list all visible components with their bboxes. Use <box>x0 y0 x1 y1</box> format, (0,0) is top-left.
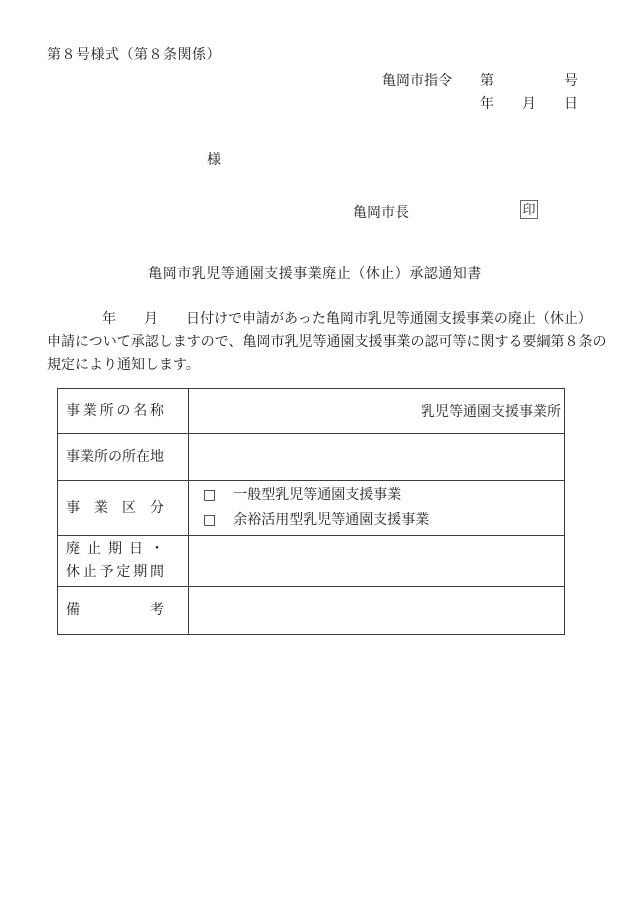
row-label-business-name: 事 業 所 の 名 称 <box>58 389 189 434</box>
table-row-business-address: 事業所の所在地 <box>58 434 565 481</box>
sender-line: 亀岡市長 印 <box>0 200 630 226</box>
checkbox-option-surplus: □余裕活用型乳児等通園支援事業 <box>203 508 560 533</box>
table-row-business-name: 事 業 所 の 名 称 乳児等通園支援事業所 <box>58 389 565 434</box>
sender-title: 亀岡市長 <box>353 202 409 222</box>
checkbox-icon[interactable]: □ <box>203 483 216 507</box>
checkbox-option-label: 余裕活用型乳児等通園支援事業 <box>233 513 429 528</box>
body-line: 申請について承認しますので、亀岡市乳児等通園支援事業の認可等に関する要綱第８条の <box>47 331 583 354</box>
directive-number-line: 亀岡市指令 第 号 <box>382 70 578 90</box>
addressee-honorific: 様 <box>207 149 221 169</box>
issuance-date-line: 年 月 日 <box>480 93 578 113</box>
row-label-closure-date: 廃 止 期 日 ・ 休 止 予 定 期 間 <box>58 536 189 587</box>
table-row-business-category: 事 業 区 分 □一般型乳児等通園支援事業 □余裕活用型乳児等通園支援事業 <box>58 481 565 536</box>
row-label-text: 事業所の所在地 <box>66 446 164 469</box>
business-category-options: □一般型乳児等通園支援事業 □余裕活用型乳児等通園支援事業 <box>189 481 565 536</box>
business-name-field[interactable]: 乳児等通園支援事業所 <box>189 389 565 434</box>
seal-placeholder-icon: 印 <box>520 200 538 219</box>
table-row-closure-date: 廃 止 期 日 ・ 休 止 予 定 期 間 <box>58 536 565 587</box>
business-address-field[interactable] <box>189 434 565 481</box>
body-line: 年 月 日付けで申請があった亀岡市乳児等通園支援事業の廃止（休止） <box>47 308 583 331</box>
checkbox-option-label: 一般型乳児等通園支援事業 <box>233 488 401 503</box>
row-label-business-address: 事業所の所在地 <box>58 434 189 481</box>
form-number: 第８号様式（第８条関係） <box>47 44 221 64</box>
closure-date-field[interactable] <box>189 536 565 587</box>
checkbox-icon[interactable]: □ <box>203 508 216 532</box>
body-line: 規定により通知します。 <box>47 354 583 377</box>
notice-form-table: 事 業 所 の 名 称 乳児等通園支援事業所 事業所の所在地 事 業 区 分 □… <box>57 388 565 635</box>
row-label-text: 事 業 区 分 <box>66 497 164 520</box>
row-label-remarks: 備 考 <box>58 587 189 635</box>
document-page: 第８号様式（第８条関係） 亀岡市指令 第 号 年 月 日 様 亀岡市長 印 亀岡… <box>0 0 630 903</box>
body-paragraph: 年 月 日付けで申請があった亀岡市乳児等通園支援事業の廃止（休止） 申請について… <box>47 308 583 377</box>
row-label-text: 備 考 <box>66 599 164 622</box>
table-row-remarks: 備 考 <box>58 587 565 635</box>
row-label-business-category: 事 業 区 分 <box>58 481 189 536</box>
checkbox-option-general: □一般型乳児等通園支援事業 <box>203 483 560 508</box>
row-label-text: 事 業 所 の 名 称 <box>66 400 164 423</box>
document-title: 亀岡市乳児等通園支援事業廃止（休止）承認通知書 <box>0 263 630 283</box>
row-label-text: 廃 止 期 日 ・ 休 止 予 定 期 間 <box>66 538 164 584</box>
remarks-field[interactable] <box>189 587 565 635</box>
